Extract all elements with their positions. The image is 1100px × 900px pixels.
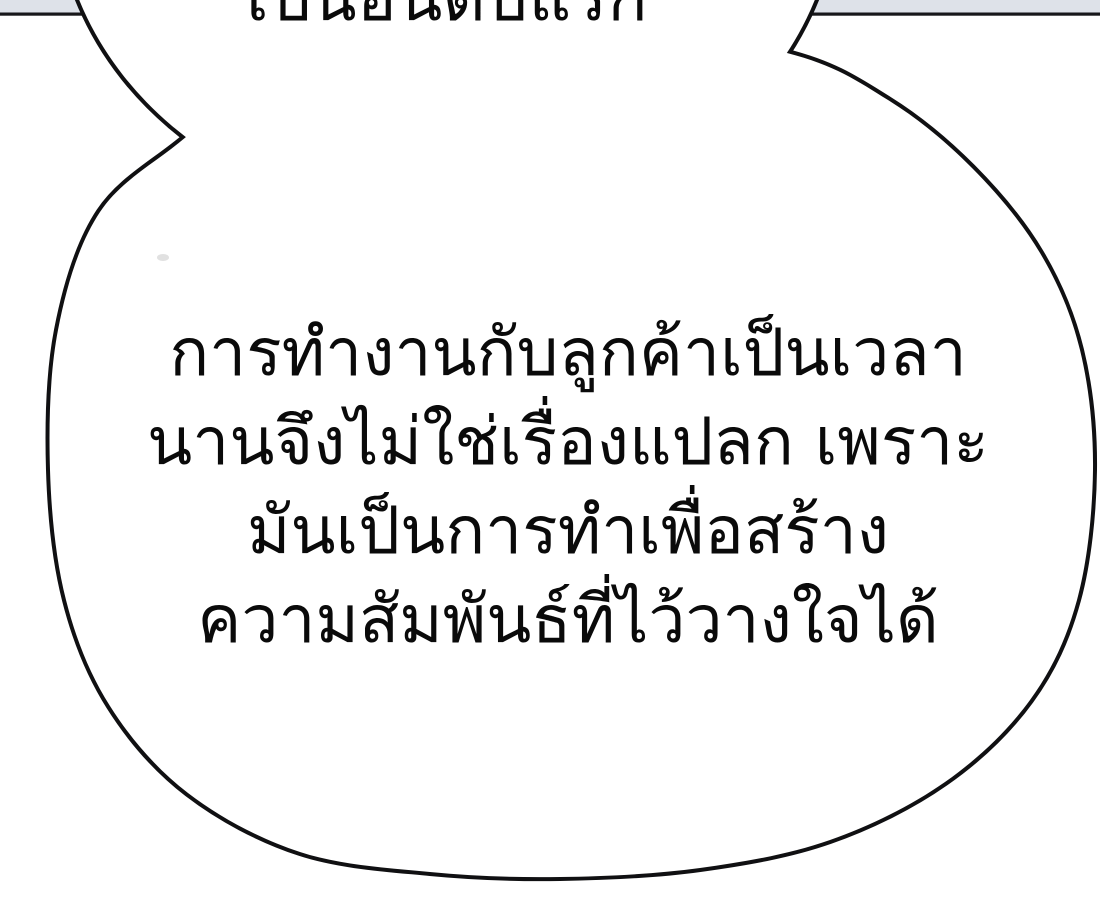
main-bubble-text-line-1: การทำงานกับลูกค้าเป็นเวลา xyxy=(147,308,989,397)
main-bubble-text: การทำงานกับลูกค้าเป็นเวลา นานจึงไม่ใช่เร… xyxy=(147,308,989,664)
main-bubble-text-line-2: นานจึงไม่ใช่เรื่องแปลก เพราะ xyxy=(147,397,989,486)
main-bubble-text-line-3: มันเป็นการทำเพื่อสร้าง xyxy=(147,486,989,575)
ink-speck xyxy=(157,254,169,261)
main-bubble-text-line-4: ความสัมพันธ์ที่ไว้วางใจได้ xyxy=(147,575,989,664)
comic-panel: เป็นอันดับแรก การทำงานกับลูกค้าเป็นเวลา … xyxy=(0,0,1100,900)
top-bubble-text: เป็นอันดับแรก xyxy=(246,0,648,38)
